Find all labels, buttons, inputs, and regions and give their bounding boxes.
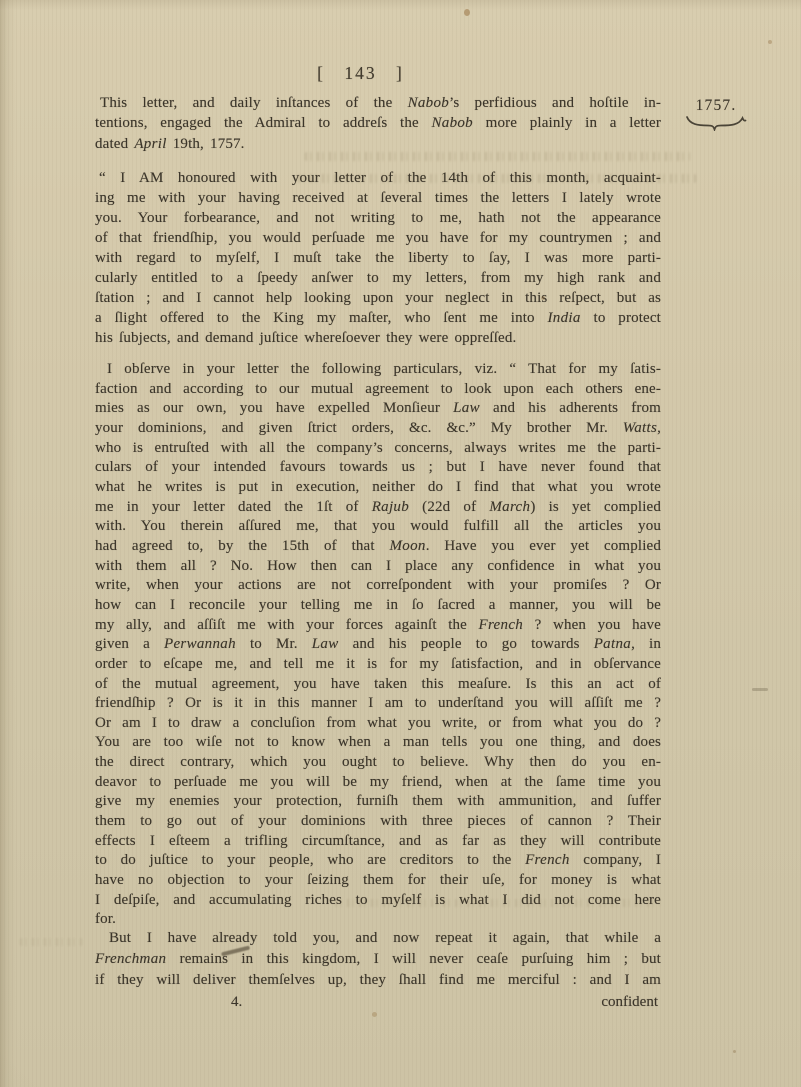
text-line: with. You therein aſſured me, that you w… (95, 517, 661, 537)
body-text: ſtation ; and I cannot help looking upon… (95, 290, 661, 306)
paper-stain (733, 1050, 736, 1053)
body-text: , in (631, 636, 661, 652)
text-line: effects I eſteem a trifling circumſtance… (95, 832, 661, 852)
italic-text: India (548, 310, 581, 326)
body-text: and his people to go towards (339, 636, 594, 652)
body-text: to do juſtice to your people, who are cr… (95, 852, 525, 868)
brace-flourish-icon (685, 115, 747, 131)
body-text: culars of your intended favours towards … (95, 459, 661, 475)
body-text: But I have already told you, and now rep… (109, 930, 661, 946)
body-text: mies as our own, you have expelled Monſi… (95, 400, 453, 416)
body-text: ’s perfidious and hoſtile in- (449, 95, 661, 111)
paragraph-2: “ I AM honoured with your letter of the … (95, 168, 661, 348)
italic-text: Watts (623, 420, 657, 436)
paragraph-1: This letter, and daily inſtances of the … (95, 93, 661, 154)
body-text: have no objection to your ſeizing them f… (95, 872, 661, 888)
page-footer-line: 4. confident (95, 992, 661, 1012)
body-text: faction and according to our mutual agre… (95, 381, 661, 397)
text-line: how can I reconcile your telling me in ſ… (95, 596, 661, 616)
body-text: company, I (570, 852, 661, 868)
margin-year-note: 1757. (683, 97, 749, 131)
text-line: the direct contrary, which you ought to … (95, 753, 661, 773)
text-line: his ſubjects, and demand juſtice whereſo… (95, 328, 661, 348)
text-line: order to eſcape me, and tell me it is fo… (95, 655, 661, 675)
body-text: who is entruſted with all the company’s … (95, 440, 661, 456)
italic-text: Patna (594, 636, 631, 652)
text-line: tentions, engaged the Admiral to addreſs… (95, 113, 661, 133)
body-text: how can I reconcile your telling me in ſ… (95, 597, 661, 613)
body-text: me in your letter dated the 1ſt of (95, 499, 372, 515)
show-through-smudge (20, 938, 82, 946)
italic-text: Nabob (408, 95, 450, 111)
margin-year-text: 1757. (696, 97, 737, 114)
text-line: “ I AM honoured with your letter of the … (95, 168, 661, 188)
text-line: I obſerve in your letter the following p… (95, 360, 661, 380)
text-line: of the mutual agreement, you have taken … (95, 675, 661, 695)
body-text: give my enemies your protection, furniſh… (95, 793, 661, 809)
italic-text: French (525, 852, 570, 868)
text-line: friendſhip ? Or is it in this manner I a… (95, 694, 661, 714)
body-text: , (657, 420, 661, 436)
paper-stain (372, 1012, 377, 1017)
body-text: what he writes is put in execution, neit… (95, 479, 661, 495)
body-text: Or am I to draw a concluſion from what y… (95, 715, 661, 731)
text-line: to do juſtice to your people, who are cr… (95, 851, 661, 871)
body-text: write, when your actions are not correſp… (95, 577, 661, 593)
body-text: with regard to myſelf, I muſt take the l… (95, 250, 661, 266)
text-line: culars of your intended favours towards … (95, 458, 661, 478)
italic-text: Perwannah (164, 636, 236, 652)
body-text: to Mr. (236, 636, 312, 652)
body-text: with them all ? No. How then can I place… (95, 558, 661, 574)
paper-stain (464, 9, 470, 16)
paper-stain (768, 40, 772, 44)
italic-text: April (134, 136, 166, 152)
text-line: you. Your forbearance, and not writing t… (95, 208, 661, 228)
body-text: You are too wiſe not to know when a man … (95, 734, 661, 750)
body-text: . Have you ever yet complied (426, 538, 661, 554)
text-line: me in your letter dated the 1ſt of Rajub… (95, 498, 661, 518)
body-text: for. (95, 911, 116, 927)
text-line: ſtation ; and I cannot help looking upon… (95, 288, 661, 308)
body-text: I obſerve in your letter the following p… (107, 361, 661, 377)
text-line: given a Perwannah to Mr. Law and his peo… (95, 635, 661, 655)
italic-text: Moon (389, 538, 425, 554)
text-line: This letter, and daily inſtances of the … (95, 93, 661, 113)
body-text: them to go out of your dominions with th… (95, 813, 661, 829)
text-line: But I have already told you, and now rep… (95, 928, 661, 949)
text-line: have no objection to your ſeizing them f… (95, 871, 661, 891)
body-text: your dominions, and given ſtrict orders,… (95, 420, 623, 436)
body-text: “ I AM honoured with your letter of the … (99, 170, 661, 186)
italic-text: Law (453, 400, 480, 416)
text-line: faction and according to our mutual agre… (95, 380, 661, 400)
body-text: dated (95, 136, 134, 152)
body-text: had agreed to, by the 15th of that (95, 538, 389, 554)
body-text: tentions, engaged the Admiral to addreſs… (95, 115, 431, 131)
body-text: I deſpiſe, and accumulating riches to my… (95, 892, 661, 908)
body-text: deavor to perſuade me you will be my fri… (95, 774, 661, 790)
text-line: with them all ? No. How then can I place… (95, 557, 661, 577)
text-line: mies as our own, you have expelled Monſi… (95, 399, 661, 419)
body-text: my ally, and aſſiſt me with your forces … (95, 617, 479, 633)
body-text: friendſhip ? Or is it in this manner I a… (95, 695, 661, 711)
text-line: ing me with your having received at ſeve… (95, 188, 661, 208)
text-line: if they will deliver themſelves up, they… (95, 970, 661, 991)
paragraph-4: But I have already told you, and now rep… (95, 928, 661, 990)
text-line: dated April 19th, 1757. (95, 134, 661, 154)
italic-text: Nabob (431, 115, 473, 131)
text-line: who is entruſted with all the company’s … (95, 439, 661, 459)
italic-text: March (489, 499, 530, 515)
text-line: of that friendſhip, you would perſuade m… (95, 228, 661, 248)
body-text: (22d of (409, 499, 489, 515)
body-text: remains in this kingdom, I will never ce… (166, 951, 661, 967)
text-line: what he writes is put in execution, neit… (95, 478, 661, 498)
body-text: given a (95, 636, 164, 652)
text-line: your dominions, and given ſtrict orders,… (95, 419, 661, 439)
paper-stain (752, 688, 768, 691)
body-text: to protect (581, 310, 661, 326)
body-text: This letter, and daily inſtances of the (100, 95, 408, 111)
text-line: cularly entitled to a ſpeedy anſwer to m… (95, 268, 661, 288)
signature-mark: 4. (231, 992, 242, 1012)
body-text: ? when you have (523, 617, 661, 633)
text-line: You are too wiſe not to know when a man … (95, 733, 661, 753)
page-number: [ 143 ] (95, 63, 626, 84)
body-text: of that friendſhip, you would perſuade m… (95, 230, 661, 246)
text-line: a ſlight offered to the King my maſter, … (95, 308, 661, 328)
body-text: effects I eſteem a trifling circumſtance… (95, 833, 661, 849)
body-text: cularly entitled to a ſpeedy anſwer to m… (95, 270, 661, 286)
text-line: them to go out of your dominions with th… (95, 812, 661, 832)
text-line: Or am I to draw a concluſion from what y… (95, 714, 661, 734)
body-text: you. Your forbearance, and not writing t… (95, 210, 661, 226)
body-text: order to eſcape me, and tell me it is fo… (95, 656, 661, 672)
body-text: his ſubjects, and demand juſtice whereſo… (95, 330, 516, 346)
body-text: and his adherents from (480, 400, 661, 416)
italic-text: French (479, 617, 524, 633)
body-text: if they will deliver themſelves up, they… (95, 972, 661, 988)
body-text: more plainly in a letter (473, 115, 661, 131)
body-text: ing me with your having received at ſeve… (95, 190, 661, 206)
body-text: with. You therein aſſured me, that you w… (95, 518, 661, 534)
italic-text: Rajub (372, 499, 409, 515)
italic-text: Law (312, 636, 339, 652)
body-text: ) is yet complied (530, 499, 661, 515)
catchword: confident (601, 992, 658, 1012)
text-line: give my enemies your protection, furniſh… (95, 792, 661, 812)
body-text: of the mutual agreement, you have taken … (95, 676, 661, 692)
text-line: Frenchman remains in this kingdom, I wil… (95, 949, 661, 970)
book-page-scan: [ 143 ] 1757. This letter, and daily inſ… (0, 0, 801, 1087)
body-text: the direct contrary, which you ought to … (95, 754, 661, 770)
body-text: a ſlight offered to the King my maſter, … (95, 310, 548, 326)
text-line: I deſpiſe, and accumulating riches to my… (95, 891, 661, 911)
text-line: with regard to myſelf, I muſt take the l… (95, 248, 661, 268)
paragraph-3: I obſerve in your letter the following p… (95, 360, 661, 930)
text-line: had agreed to, by the 15th of that Moon.… (95, 537, 661, 557)
text-line: deavor to perſuade me you will be my fri… (95, 773, 661, 793)
body-text: 19th, 1757. (167, 136, 245, 152)
text-line: my ally, and aſſiſt me with your forces … (95, 616, 661, 636)
italic-text: Frenchman (95, 951, 166, 967)
text-line: write, when your actions are not correſp… (95, 576, 661, 596)
